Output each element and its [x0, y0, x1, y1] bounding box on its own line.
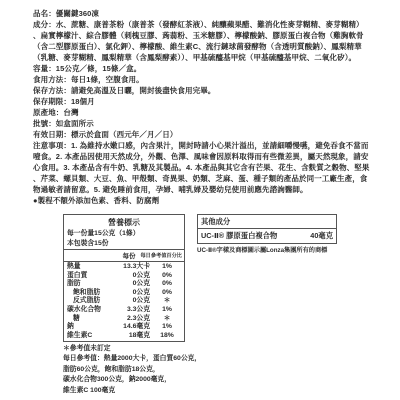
- row-dv: ＊: [150, 315, 184, 324]
- footnote-line: 脂肪60公克，飽和脂肪18公克，: [63, 365, 233, 375]
- row-label: 鈉: [64, 323, 104, 332]
- row-label: 熱量: [64, 263, 104, 272]
- nutrition-row-trans-fat: 反式脂肪 0公克 ＊: [64, 297, 184, 306]
- row-dv: 0%: [150, 272, 184, 281]
- row-label: 蛋白質: [64, 272, 104, 281]
- trademark-note: UC-Ⅱ®字樣及商標圖示屬Lonza集團所有的商標: [197, 245, 357, 254]
- storage-line: 保存方法：請避免高溫及日曬，開封後盡快食用完畢。: [33, 85, 377, 96]
- row-amount: 0公克: [104, 297, 150, 306]
- nutrition-row-carbohydrate: 碳水化合物 3.3公克 1%: [64, 306, 184, 315]
- row-amount: 13.3大卡: [104, 263, 150, 272]
- row-label: 反式脂肪: [64, 297, 104, 306]
- nutrition-footnotes: ＊參考值未訂定 每日參考值：熱量2000大卡，蛋白質60公克， 脂肪60公克，飽…: [63, 344, 233, 396]
- other-ingredients-table: 其他成分 UC-Ⅱ® 膠原蛋白複合物 40毫克: [197, 214, 337, 244]
- nutrition-row-vitamin-c: 維生素C 18毫克 18%: [64, 332, 184, 341]
- row-dv: ＊: [150, 297, 184, 306]
- row-amount: 0公克: [104, 272, 150, 281]
- batch-line: 批號：如盒面所示: [33, 118, 377, 129]
- nutrition-row-calories: 熱量 13.3大卡 1%: [64, 263, 184, 272]
- row-amount: 0公克: [104, 280, 150, 289]
- usage-line: 食用方法：每日1條，空腹食用。: [33, 74, 377, 85]
- uc2-amount: 40毫克: [310, 231, 333, 241]
- row-label: 糖: [64, 315, 104, 324]
- nutrition-row-sodium: 鈉 14.6毫克 1%: [64, 323, 184, 332]
- ingredients-line-3: （含二型膠原蛋白）、氯化鉀）、檸檬酸、維生素C、流行鏈球菌發酵物（含透明質酸鈉）…: [33, 41, 377, 52]
- product-label-text: 品名：優關鍵360凍 成分：水、蔗糖、康普茶粉（康普茶（發酵紅茶液）、純釀蘋果醋…: [33, 8, 377, 206]
- row-dv: 1%: [150, 306, 184, 315]
- shelf-life-line: 保存期限：18個月: [33, 96, 377, 107]
- notice-line-3: 心食用。3. 本產品含有牛奶、乳糖及其製品。4. 本產品與其它含有芒果、花生、含…: [33, 162, 377, 173]
- col-header-daily-value: 每日參考值百分比: [140, 252, 182, 259]
- nutrition-row-sugar: 糖 2.3公克 ＊: [64, 315, 184, 324]
- row-label: 脂肪: [64, 280, 104, 289]
- origin-line: 原產地：台灣: [33, 107, 377, 118]
- row-dv: 0%: [150, 280, 184, 289]
- nutrition-title: 營養標示: [64, 215, 184, 229]
- expiry-line: 有效日期：標示於盒面（西元年／月／日）: [33, 129, 377, 140]
- serving-size: 每一份量15公克（1條）: [64, 229, 184, 239]
- row-amount: 14.6毫克: [104, 323, 150, 332]
- nutrition-rows: 熱量 13.3大卡 1% 蛋白質 0公克 0% 脂肪 0公克 0% 飽和脂肪 0…: [64, 262, 184, 341]
- nutrition-facts-table: 營養標示 每一份量15公克（1條） 本包裝含15份 每份 每日參考值百分比 熱量…: [63, 214, 185, 342]
- footnote-line: ＊參考值未訂定: [63, 344, 233, 354]
- row-amount: 3.3公克: [104, 306, 150, 315]
- row-label: 維生素C: [64, 332, 104, 341]
- nutrition-row-fat: 脂肪 0公克 0%: [64, 280, 184, 289]
- notice-line-2: 噎食。2. 本產品因使用天然成分，外觀、色澤、風味會因原料取得而有些微差異，屬天…: [33, 151, 377, 162]
- row-amount: 18毫克: [104, 332, 150, 341]
- row-dv: 1%: [150, 263, 184, 272]
- nutrition-row-protein: 蛋白質 0公克 0%: [64, 272, 184, 281]
- notice-line-5: 物過敏者請留意。5. 避免睡前食用，孕婦、哺乳婦及嬰幼兒使用前應先諮詢醫師。: [33, 184, 377, 195]
- servings-per-pack: 本包裝含15份: [64, 239, 184, 249]
- notice-line-4: 、芹菜、螺貝類、大豆、魚、甲殼類、奇異果、奶類、芝麻、蛋、種子類的產品於同一工廠…: [33, 173, 377, 184]
- row-dv: 18%: [150, 332, 184, 341]
- nutrition-column-headers: 每份 每日參考值百分比: [64, 249, 184, 262]
- ingredients-line-2: 、扁實檸檬汁、綜合膠體（刺槐豆膠、蒟蒻粉、玉米糖膠）、檸檬酸鈉、膠原蛋白複合物（…: [33, 30, 377, 41]
- footnote-line: 碳水化合物300公克，鈉2000毫克，: [63, 375, 233, 385]
- col-header-per-serving: 每份: [122, 251, 135, 260]
- uc2-label: UC-Ⅱ® 膠原蛋白複合物: [201, 231, 277, 241]
- product-name-line: 品名：優關鍵360凍: [33, 8, 377, 19]
- row-dv: 1%: [150, 323, 184, 332]
- other-ingredients-row: UC-Ⅱ® 膠原蛋白複合物 40毫克: [198, 229, 336, 243]
- ingredients-line-4: （乳糖、麥芽糊精、鳳梨精華（含鳳梨酵素））、甲基硫醯基甲烷（甲基硫醯基甲烷、二氧…: [33, 52, 377, 63]
- notice-line-1: 注意事項：1. 為維持水嫩口感，內含果汁，開封時請小心果汁溢出，並請細嚼慢嚥，避…: [33, 140, 377, 151]
- footnote-line: 每日參考值：熱量2000大卡，蛋白質60公克，: [63, 354, 233, 364]
- other-ingredients-title: 其他成分: [198, 215, 336, 229]
- row-amount: 2.3公克: [104, 315, 150, 324]
- ingredients-line-1: 成分：水、蔗糖、康普茶粉（康普茶（發酵紅茶液）、純釀蘋果醋、難消化性麥芽糊精、麥…: [33, 19, 377, 30]
- footnote-line: 維生素C 100毫克: [63, 386, 233, 396]
- no-additives-line: ●製程不額外添加色素、香料、防腐劑: [33, 195, 377, 206]
- row-label: 碳水化合物: [64, 306, 104, 315]
- volume-line: 容量：15公克／條，15條／盒。: [33, 63, 377, 74]
